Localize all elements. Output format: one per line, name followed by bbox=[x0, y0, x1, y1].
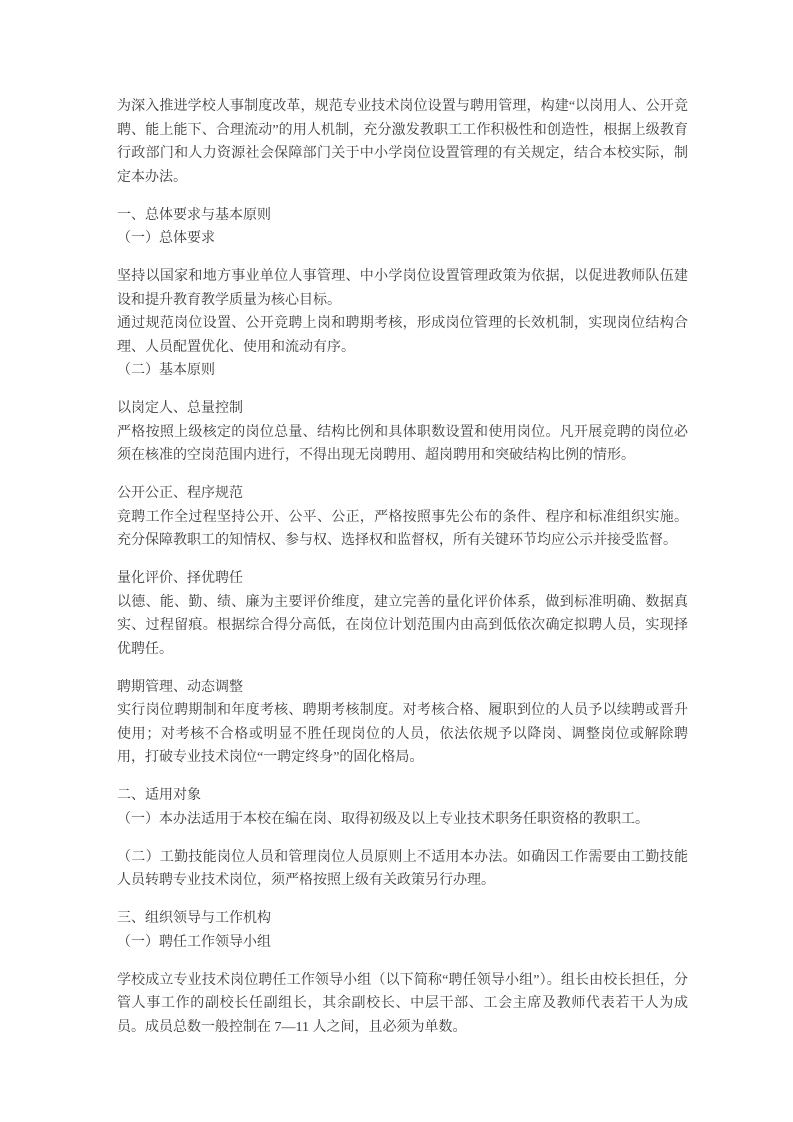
paragraph-leading-group: 学校成立专业技术岗位聘任工作领导小组（以下简称“聘任领导小组”）。组长由校长担任… bbox=[117, 969, 688, 1040]
paragraph-principle-post-quota: 以岗定人、总量控制 严格按照上级核定的岗位总量、结构比例和具体职数设置和使用岗位… bbox=[117, 397, 688, 468]
paragraph-overall-requirements: 坚持以国家和地方事业单位人事管理、中小学岗位设置管理政策为依据，以促进教师队伍建… bbox=[117, 265, 688, 383]
paragraph-intro: 为深入推进学校人事制度改革，规范专业技术岗位设置与聘用管理，构建“以岗用人、公开… bbox=[117, 95, 688, 189]
paragraph-principle-quantitative: 量化评价、择优聘任 以德、能、勤、绩、廉为主要评价维度，建立完善的量化评价体系，… bbox=[117, 567, 688, 661]
paragraph-principle-term: 聘期管理、动态调整 实行岗位聘期制和年度考核、聘期考核制度。对考核合格、履职到位… bbox=[117, 676, 688, 770]
heading-section-1: 一、总体要求与基本原则 （一）总体要求 bbox=[117, 204, 688, 251]
heading-section-2-scope: 二、适用对象 （一）本办法适用于本校在编在岗、取得初级及以上专业技术职务任职资格… bbox=[117, 784, 688, 831]
document-page: 为深入推进学校人事制度改革，规范专业技术岗位设置与聘用管理，构建“以岗用人、公开… bbox=[117, 95, 688, 1054]
heading-section-3: 三、组织领导与工作机构 （一）聘任工作领导小组 bbox=[117, 907, 688, 954]
paragraph-scope-item-2: （二）工勤技能岗位人员和管理岗位人员原则上不适用本办法。如确因工作需要由工勤技能… bbox=[117, 846, 688, 893]
paragraph-principle-openness: 公开公正、程序规范 竞聘工作全过程坚持公开、公平、公正，严格按照事先公布的条件、… bbox=[117, 482, 688, 553]
